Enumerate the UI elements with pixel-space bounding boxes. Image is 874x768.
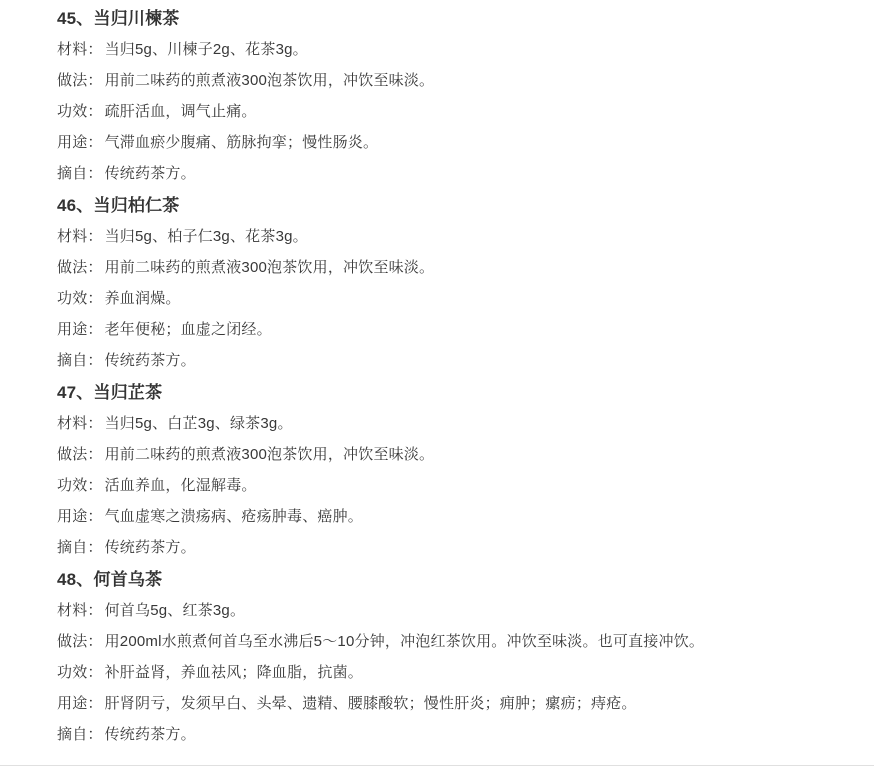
field-value: 传统药茶方。 [105, 539, 196, 556]
field-value: 传统药茶方。 [105, 726, 196, 743]
usage-line: 用途：老年便秘；血虚之闭经。 [57, 321, 854, 338]
field-label: 材料 [57, 41, 87, 58]
field-label: 做法 [57, 633, 87, 650]
field-separator: ： [87, 508, 102, 525]
tea-recipe-entry: 48、何首乌茶 材料：何首乌5g、红茶3g。 做法：用200ml水煎煮何首乌至水… [57, 570, 854, 743]
materials-line: 材料：当归5g、川楝子2g、花茶3g。 [57, 41, 854, 58]
effect-line: 功效：疏肝活血，调气止痛。 [57, 103, 854, 120]
field-label: 功效 [57, 664, 87, 681]
entry-title: 45、当归川楝茶 [57, 9, 854, 29]
method-line: 做法：用前二味药的煎煮液300泡茶饮用，冲饮至味淡。 [57, 446, 854, 463]
field-value: 传统药茶方。 [105, 165, 196, 182]
field-separator: ： [87, 602, 102, 619]
source-line: 摘自：传统药茶方。 [57, 539, 854, 556]
field-value: 当归5g、柏子仁3g、花茶3g。 [105, 228, 308, 245]
field-value: 用前二味药的煎煮液300泡茶饮用，冲饮至味淡。 [105, 446, 435, 463]
materials-line: 材料：当归5g、柏子仁3g、花茶3g。 [57, 228, 854, 245]
method-line: 做法：用前二味药的煎煮液300泡茶饮用，冲饮至味淡。 [57, 259, 854, 276]
entry-title: 47、当归芷茶 [57, 383, 854, 403]
field-value: 疏肝活血，调气止痛。 [105, 103, 257, 120]
field-value: 传统药茶方。 [105, 352, 196, 369]
field-label: 摘自 [57, 352, 87, 369]
field-value: 用200ml水煎煮何首乌至水沸后5～10分钟，冲泡红茶饮用。冲饮至味淡。也可直接… [105, 633, 705, 650]
field-value: 老年便秘；血虚之闭经。 [105, 321, 272, 338]
field-label: 功效 [57, 477, 87, 494]
materials-line: 材料：何首乌5g、红茶3g。 [57, 602, 854, 619]
field-value: 养血润燥。 [105, 290, 181, 307]
field-separator: ： [87, 259, 102, 276]
field-separator: ： [87, 103, 102, 120]
field-label: 用途 [57, 134, 87, 151]
source-line: 摘自：传统药茶方。 [57, 165, 854, 182]
method-line: 做法：用200ml水煎煮何首乌至水沸后5～10分钟，冲泡红茶饮用。冲饮至味淡。也… [57, 633, 854, 650]
tea-recipes-document: 45、当归川楝茶 材料：当归5g、川楝子2g、花茶3g。 做法：用前二味药的煎煮… [0, 0, 874, 743]
field-separator: ： [87, 695, 102, 712]
field-label: 做法 [57, 446, 87, 463]
effect-line: 功效：活血养血，化湿解毒。 [57, 477, 854, 494]
field-label: 摘自 [57, 539, 87, 556]
field-label: 做法 [57, 259, 87, 276]
usage-line: 用途：肝肾阴亏，发须早白、头晕、遗精、腰膝酸软；慢性肝炎；痈肿；瘰疬；痔疮。 [57, 695, 854, 712]
field-label: 用途 [57, 508, 87, 525]
field-value: 肝肾阴亏，发须早白、头晕、遗精、腰膝酸软；慢性肝炎；痈肿；瘰疬；痔疮。 [105, 695, 637, 712]
effect-line: 功效：养血润燥。 [57, 290, 854, 307]
field-label: 材料 [57, 602, 87, 619]
entry-list: 45、当归川楝茶 材料：当归5g、川楝子2g、花茶3g。 做法：用前二味药的煎煮… [57, 9, 854, 743]
tea-recipe-entry: 46、当归柏仁茶 材料：当归5g、柏子仁3g、花茶3g。 做法：用前二味药的煎煮… [57, 196, 854, 369]
field-value: 当归5g、白芷3g、绿茶3g。 [105, 415, 293, 432]
field-label: 功效 [57, 103, 87, 120]
usage-line: 用途：气滞血瘀少腹痛、筋脉拘挛；慢性肠炎。 [57, 134, 854, 151]
field-separator: ： [87, 446, 102, 463]
field-separator: ： [87, 134, 102, 151]
field-value: 气滞血瘀少腹痛、筋脉拘挛；慢性肠炎。 [105, 134, 379, 151]
field-separator: ： [87, 72, 102, 89]
usage-line: 用途：气血虚寒之溃疡病、疮疡肿毒、癌肿。 [57, 508, 854, 525]
field-separator: ： [87, 41, 102, 58]
field-label: 材料 [57, 415, 87, 432]
field-separator: ： [87, 290, 102, 307]
source-line: 摘自：传统药茶方。 [57, 726, 854, 743]
field-value: 用前二味药的煎煮液300泡茶饮用，冲饮至味淡。 [105, 72, 435, 89]
effect-line: 功效：补肝益肾，养血祛风；降血脂，抗菌。 [57, 664, 854, 681]
field-value: 补肝益肾，养血祛风；降血脂，抗菌。 [105, 664, 363, 681]
field-separator: ： [87, 228, 102, 245]
entry-title: 46、当归柏仁茶 [57, 196, 854, 216]
tea-recipe-entry: 45、当归川楝茶 材料：当归5g、川楝子2g、花茶3g。 做法：用前二味药的煎煮… [57, 9, 854, 182]
field-value: 活血养血，化湿解毒。 [105, 477, 257, 494]
field-separator: ： [87, 165, 102, 182]
field-separator: ： [87, 726, 102, 743]
field-label: 摘自 [57, 165, 87, 182]
field-value: 气血虚寒之溃疡病、疮疡肿毒、癌肿。 [105, 508, 363, 525]
field-separator: ： [87, 633, 102, 650]
source-line: 摘自：传统药茶方。 [57, 352, 854, 369]
field-label: 用途 [57, 321, 87, 338]
field-separator: ： [87, 664, 102, 681]
field-label: 用途 [57, 695, 87, 712]
field-separator: ： [87, 321, 102, 338]
field-separator: ： [87, 415, 102, 432]
field-label: 功效 [57, 290, 87, 307]
bottom-divider [0, 765, 874, 766]
materials-line: 材料：当归5g、白芷3g、绿茶3g。 [57, 415, 854, 432]
tea-recipe-entry: 47、当归芷茶 材料：当归5g、白芷3g、绿茶3g。 做法：用前二味药的煎煮液3… [57, 383, 854, 556]
field-label: 做法 [57, 72, 87, 89]
field-label: 摘自 [57, 726, 87, 743]
field-separator: ： [87, 477, 102, 494]
field-separator: ： [87, 352, 102, 369]
field-value: 何首乌5g、红茶3g。 [105, 602, 246, 619]
field-label: 材料 [57, 228, 87, 245]
field-value: 当归5g、川楝子2g、花茶3g。 [105, 41, 308, 58]
entry-title: 48、何首乌茶 [57, 570, 854, 590]
field-separator: ： [87, 539, 102, 556]
field-value: 用前二味药的煎煮液300泡茶饮用，冲饮至味淡。 [105, 259, 435, 276]
method-line: 做法：用前二味药的煎煮液300泡茶饮用，冲饮至味淡。 [57, 72, 854, 89]
